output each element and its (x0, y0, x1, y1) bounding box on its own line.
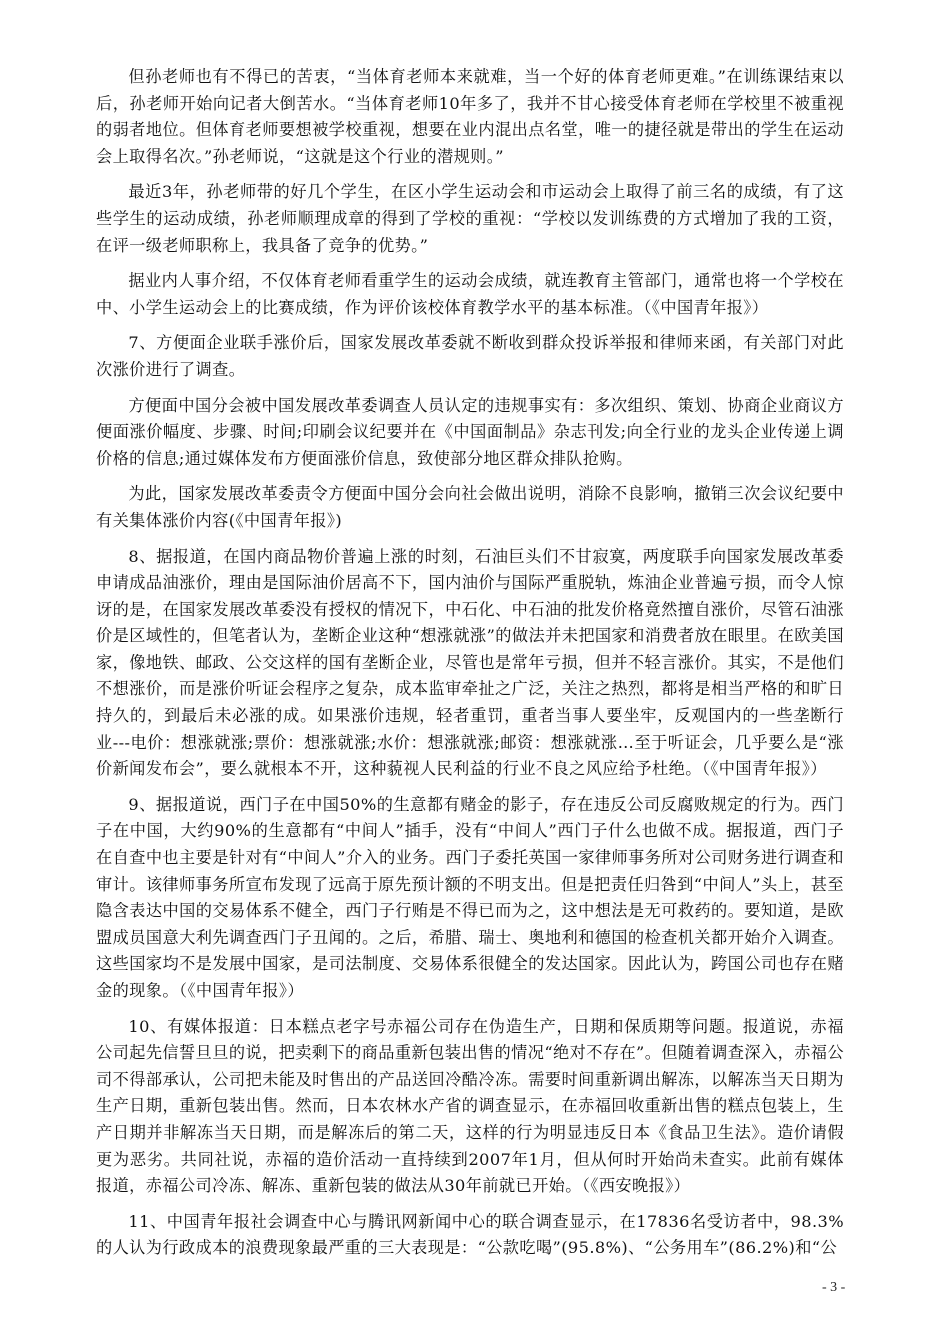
page-number: - 3 - (822, 1280, 845, 1296)
paragraph-item-9: 9、据报道说，西门子在中国50%的生意都有赌金的影子，存在违反公司反腐败规定的行… (96, 792, 844, 1005)
paragraph-item-8: 8、据报道，在国内商品物价普遍上涨的时刻，石油巨头们不甘寂寞，两度联手向国家发展… (96, 544, 844, 783)
paragraph-teacher-results: 最近3年，孙老师带的好几个学生，在区小学生运动会和市运动会上取得了前三名的成绩，… (96, 179, 844, 259)
paragraph-item-7-violations: 方便面中国分会被中国发展改革委调查人员认定的违规事实有：多次组织、策划、协商企业… (96, 393, 844, 473)
paragraph-item-7-order: 为此，国家发展改革委责令方便面中国分会向社会做出说明，消除不良影响，撤销三次会议… (96, 481, 844, 534)
paragraph-item-10: 10、有媒体报道：日本糕点老字号赤福公司存在伪造生产，日期和保质期等问题。报道说… (96, 1014, 844, 1200)
document-body: 但孙老师也有不得已的苦衷，“当体育老师本来就难，当一个好的体育老师更难。”在训练… (96, 64, 844, 1271)
paragraph-item-7: 7、方便面企业联手涨价后，国家发展改革委就不断收到群众投诉举报和律师来函，有关部… (96, 330, 844, 383)
paragraph-item-11: 11、中国青年报社会调查中心与腾讯网新闻中心的联合调查显示，在17836名受访者… (96, 1209, 844, 1262)
paragraph-teacher-complaint: 但孙老师也有不得已的苦衷，“当体育老师本来就难，当一个好的体育老师更难。”在训练… (96, 64, 844, 170)
paragraph-industry-insider: 据业内人事介绍，不仅体育老师看重学生的运动会成绩，就连教育主管部门，通常也将一个… (96, 268, 844, 321)
